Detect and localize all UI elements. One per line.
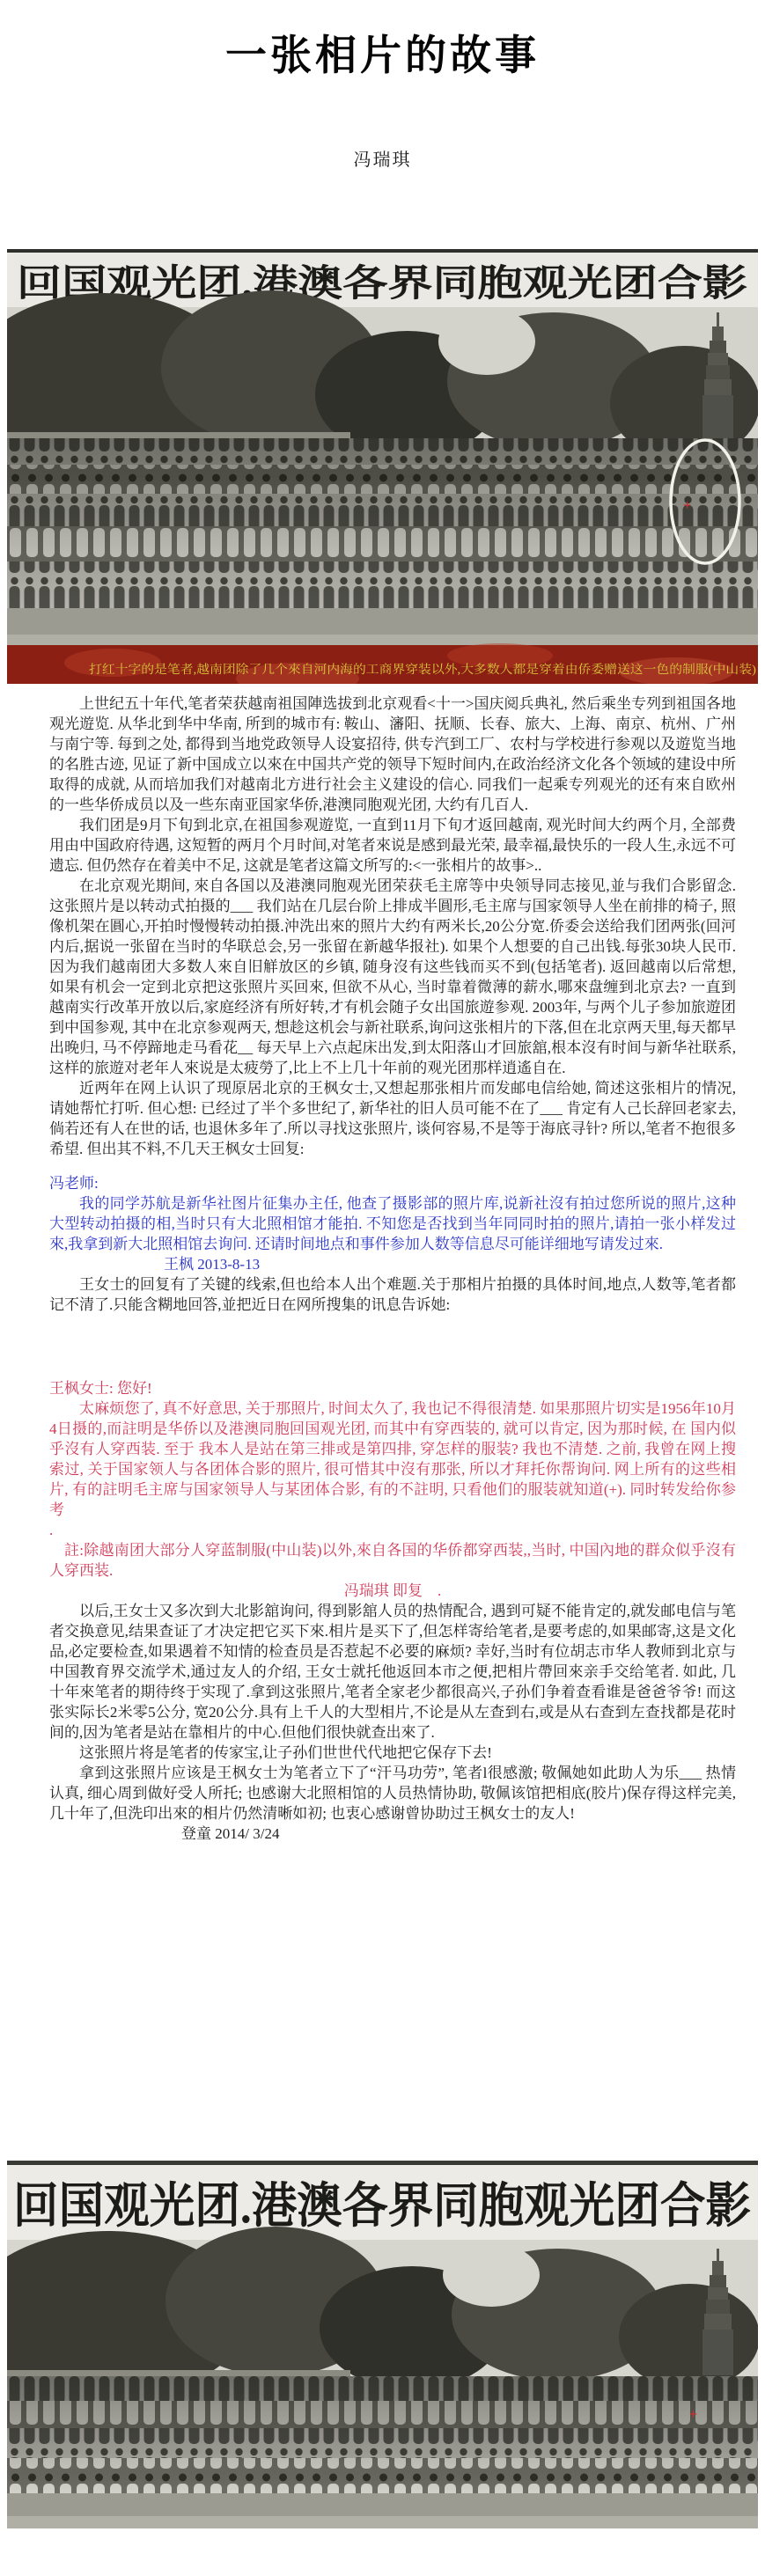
red-cross-marker-bottom: + [689,2407,697,2422]
publish-date-line: 登童 2014/ 3/24 [49,1824,736,1844]
author-name: 冯瑞琪 [0,145,765,171]
interlude-paragraph: 王女士的回复有了关键的线索,但也给本人出个难题.关于那相片拍摄的具体时间,地点,… [49,1274,736,1315]
closing-paragraph-2: 这张照片将是笔者的传家宝,让子孙们世世代代地把它保存下去! [49,1743,736,1763]
red-letter: 王枫女士: 您好! 太麻烦您了, 真不好意思, 关于那照片, 时间太久了, 我也… [49,1378,736,1601]
group-photo-bottom-image: 回国观光团.港澳各界同胞观光团合影 [7,2161,758,2528]
red-cross-marker-top: + [683,498,691,513]
blue-letter-body: 我的同学苏航是新华社图片征集办主任, 他查了摄影部的照片库,说新社沒有拍过您所说… [49,1193,736,1254]
blue-letter: 冯老师: 我的同学苏航是新华社图片征集办主任, 他查了摄影部的照片库,说新社沒有… [49,1173,736,1274]
photo-scene: 打红十字的是笔者,越南团除了几个來自河内海的工商界穿装以外,大多数人都是穿着由侨… [7,290,758,684]
paragraph-3: 在北京观光期间, 來自各国以及港澳同胞观光团荣获毛主席等中央领导同志接见,並与我… [49,876,736,1078]
closing-paragraph-1: 以后,王女士又多次到大北影舘询问, 得到影舘人员的热情配合, 遇到可疑不能肯定的… [49,1601,736,1743]
blue-letter-greeting: 冯老师: [49,1173,736,1193]
page-title: 一张相片的故事 [0,23,765,82]
blue-letter-signature: 王枫 2013-8-13 [49,1254,736,1274]
group-photo-top-image: 回国观光团.港澳各界同胞观光团合影 [7,249,758,684]
group-photo-top: 回国观光团.港澳各界同胞观光团合影 [7,249,758,684]
ground-light [7,2516,758,2528]
paragraph-2: 我们团是9月下旬到北京,在祖国参观遊览, 一直到11月下旬才返回越南, 观光时间… [49,815,736,876]
red-letter-note: 註:除越南团大部分人穿蓝制服(中山装)以外,來自各国的华侨都穿西装,,当时, 中… [49,1540,736,1581]
article-page: 一张相片的故事 冯瑞琪 [0,0,765,2576]
red-letter-body: 太麻烦您了, 真不好意思, 关于那照片, 时间太久了, 我也记不得很清楚. 如果… [49,1398,736,1520]
group-photo-bottom: 回国观光团.港澳各界同胞观光团合影 [7,2161,758,2528]
article-body: 上世纪五十年代,笔者荣获越南祖国陣选拔到北京观看<十一>国庆阅兵典礼, 然后乘坐… [49,694,736,1844]
crowd [7,438,758,614]
banner-text-bottom: 回国观光团.港澳各界同胞观光团合影 [13,2179,751,2233]
red-letter-signature: 冯瑞琪 即复 . [49,1581,736,1601]
red-letter-greeting: 王枫女士: 您好! [49,1378,736,1398]
paragraph-1: 上世纪五十年代,笔者荣获越南祖国陣选拔到北京观看<十一>国庆阅兵典礼, 然后乘坐… [49,694,736,815]
closing-paragraph-3: 拿到这张照片应该是王枫女士为笔者立下了“汗马功劳”, 笔者l很感激; 敬佩她如此… [49,1763,736,1824]
crowd [7,2376,758,2502]
red-letter-stray-period: . [49,1520,736,1540]
photo-scene: + [7,2227,758,2528]
paragraph-4: 近两年在网上认识了现原居北京的王枫女士,又想起那张相片而发邮电信给她, 简述这张… [49,1078,736,1159]
photo-caption-text: 打红十字的是笔者,越南团除了几个來自河内海的工商界穿装以外,大多数人都是穿着由侨… [89,662,756,676]
